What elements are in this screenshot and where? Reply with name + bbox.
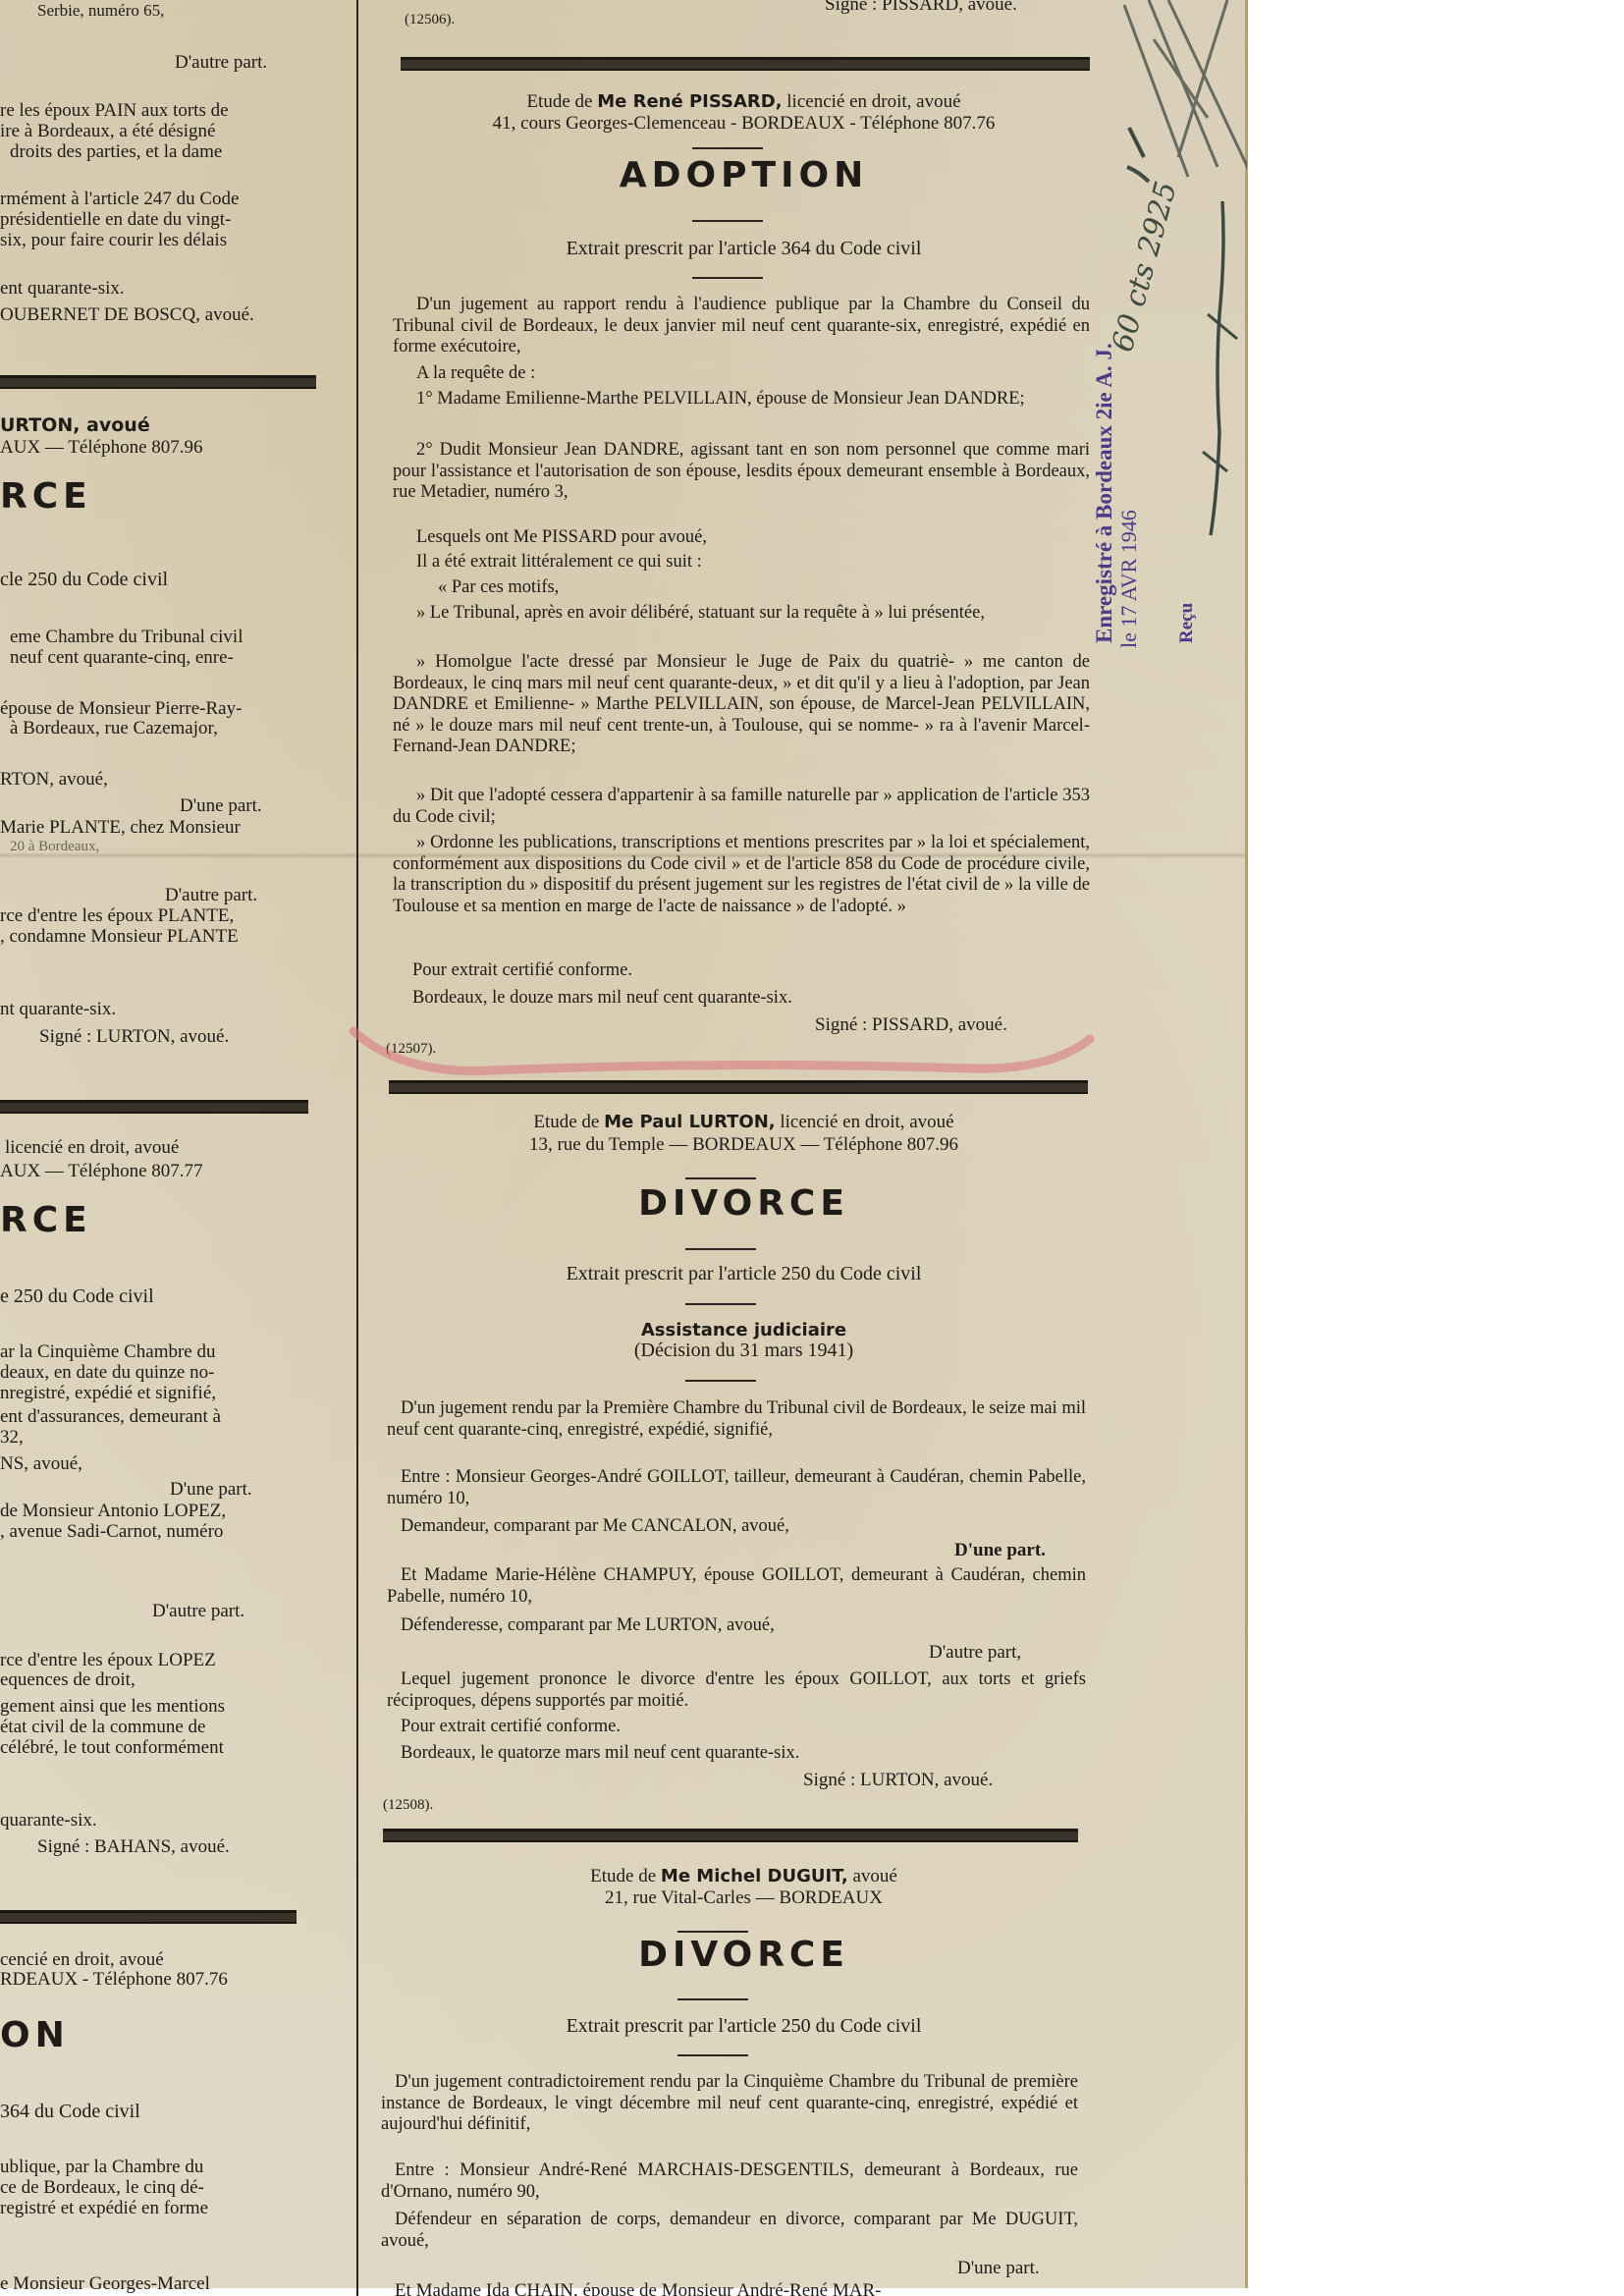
paragraph: Pour extrait certifié conforme. bbox=[387, 1717, 1086, 1738]
attorney-name: Me Michel DUGUIT, bbox=[661, 1866, 848, 1886]
short-rule bbox=[685, 1177, 756, 1179]
signature-line: Signé : LURTON, avoué. bbox=[803, 1770, 993, 1791]
attorney-name: Me René PISSARD, bbox=[597, 91, 782, 112]
section-separator bbox=[0, 1910, 297, 1924]
text-line: ent d'assurances, demeurant à bbox=[0, 1406, 221, 1428]
received-stamp: Reçu bbox=[1176, 603, 1198, 643]
text-line: à Bordeaux, rue Cazemajor, bbox=[10, 718, 218, 739]
text-line: nregistré, expédié et signifié, bbox=[0, 1383, 216, 1404]
text-line: rce d'entre les époux LOPEZ bbox=[0, 1650, 216, 1671]
section-title: DIVORCE bbox=[383, 1944, 1105, 1966]
text-line: présidentielle en date du vingt- bbox=[0, 209, 231, 231]
short-rule bbox=[692, 277, 763, 279]
paragraph: » Homolgue l'acte dressé par Monsieur le… bbox=[393, 652, 1090, 758]
section-subtitle: Extrait prescrit par l'article 250 du Co… bbox=[383, 2016, 1105, 2038]
etude-line: URTON, avoué bbox=[0, 415, 150, 437]
paragraph: Lesquels ont Me PISSARD pour avoué, bbox=[393, 527, 1090, 549]
paragraph: Défendeur en séparation de corps, demand… bbox=[381, 2210, 1078, 2252]
text-line: état civil de la commune de bbox=[0, 1717, 205, 1738]
paragraph: Entre : Monsieur Georges-André GOILLOT, … bbox=[387, 1467, 1086, 1509]
text-line: rmément à l'article 247 du Code bbox=[0, 189, 239, 210]
text-line: Marie PLANTE, chez Monsieur bbox=[0, 817, 241, 839]
text-line: célébré, le tout conformément bbox=[0, 1737, 224, 1759]
text-line: NS, avoué, bbox=[0, 1453, 82, 1475]
signature-line: Signé : LURTON, avoué. bbox=[39, 1026, 229, 1048]
text-line: registré et expédié en forme bbox=[0, 2198, 208, 2219]
section-subtitle: Extrait prescrit par l'article 364 du Co… bbox=[383, 239, 1105, 260]
text-line: neuf cent quarante-cinq, enre- bbox=[10, 647, 234, 669]
text-line: six, pour faire courir les délais bbox=[0, 230, 227, 251]
short-rule bbox=[685, 1248, 756, 1250]
text-line: Serbie, numéro 65, bbox=[37, 0, 164, 22]
section-separator bbox=[0, 375, 316, 389]
etude-address: 41, cours Georges-Clemenceau - BORDEAUX … bbox=[383, 113, 1105, 135]
paragraph: Demandeur, comparant par Me CANCALON, av… bbox=[387, 1516, 1086, 1538]
paragraph: Entre : Monsieur André-René MARCHAIS-DES… bbox=[381, 2160, 1078, 2203]
short-rule bbox=[677, 2054, 748, 2056]
short-rule bbox=[677, 1931, 748, 1933]
text-line: D'autre part, bbox=[929, 1642, 1021, 1664]
section-separator bbox=[383, 1829, 1078, 1842]
text-line: D'une part. bbox=[957, 2258, 1040, 2279]
text-line: ire à Bordeaux, a été désigné bbox=[0, 121, 215, 142]
attorney-name: Me Paul LURTON, bbox=[604, 1112, 775, 1132]
short-rule bbox=[692, 220, 763, 222]
paragraph: Bordeaux, le quatorze mars mil neuf cent… bbox=[387, 1743, 1086, 1765]
section-subtitle: 364 du Code civil bbox=[0, 2102, 140, 2123]
text-line: Et Madame Ida CHAIN, épouse de Monsieur … bbox=[395, 2280, 881, 2296]
etude-address: 13, rue du Temple — BORDEAUX — Téléphone… bbox=[383, 1134, 1105, 1156]
text-line: de Monsieur Antonio LOPEZ, bbox=[0, 1501, 226, 1522]
section-subtitle: e 250 du Code civil bbox=[0, 1286, 154, 1308]
text-line: D'autre part. bbox=[165, 885, 257, 906]
paragraph: » Le Tribunal, après en avoir délibéré, … bbox=[393, 603, 1090, 625]
section-title: RCE bbox=[0, 1210, 92, 1231]
text-line: , condamne Monsieur PLANTE bbox=[0, 926, 239, 948]
short-rule bbox=[677, 1998, 748, 2000]
paragraph: Bordeaux, le douze mars mil neuf cent qu… bbox=[393, 988, 1090, 1010]
paragraph: 2° Dudit Monsieur Jean DANDRE, agissant … bbox=[393, 440, 1090, 504]
paragraph: D'un jugement contradictoirement rendu p… bbox=[381, 2072, 1078, 2136]
text-line: 32, bbox=[0, 1427, 24, 1449]
column-divider bbox=[356, 0, 358, 2296]
paragraph: » Ordonne les publications, transcriptio… bbox=[393, 833, 1090, 917]
paragraph: Pour extrait certifié conforme. bbox=[393, 960, 1090, 982]
text-line: D'une part. bbox=[954, 1540, 1046, 1561]
paragraph: 1° Madame Emilienne-Marthe PELVILLAIN, é… bbox=[393, 389, 1090, 410]
short-rule bbox=[685, 1380, 756, 1382]
paragraph: A la requête de : bbox=[393, 363, 1090, 385]
etude-address: AUX — Téléphone 807.96 bbox=[0, 437, 203, 459]
text-line: D'autre part. bbox=[175, 52, 267, 74]
etude-header: Etude de Me Paul LURTON, licencié en dro… bbox=[383, 1112, 1105, 1133]
section-separator bbox=[389, 1080, 1088, 1094]
assistance-label: Assistance judiciaire bbox=[383, 1320, 1105, 1341]
text-line: ce de Bordeaux, le cinq dé- bbox=[0, 2177, 204, 2199]
paragraph: Il a été extrait littéralement ce qui su… bbox=[393, 552, 1090, 574]
text-line: e Monsieur Georges-Marcel bbox=[0, 2273, 210, 2295]
paragraph: Et Madame Marie-Hélène CHAMPUY, épouse G… bbox=[387, 1565, 1086, 1608]
etude-address: AUX — Téléphone 807.77 bbox=[0, 1161, 203, 1182]
section-subtitle: Extrait prescrit par l'article 250 du Co… bbox=[383, 1264, 1105, 1285]
text-line: épouse de Monsieur Pierre-Ray- bbox=[0, 698, 242, 720]
text-line: , avenue Sadi-Carnot, numéro bbox=[0, 1521, 223, 1543]
signature-line: OUBERNET DE BOSCQ, avoué. bbox=[0, 304, 254, 326]
reference-number: (12506). bbox=[405, 10, 455, 31]
etude-header: Etude de Me Michel DUGUIT, avoué bbox=[383, 1866, 1105, 1887]
text-line: ublique, par la Chambre du bbox=[0, 2157, 203, 2178]
text-line: gement ainsi que les mentions bbox=[0, 1696, 225, 1718]
text-line: quarante-six. bbox=[0, 1810, 97, 1831]
text-line: equences de droit, bbox=[0, 1669, 135, 1691]
section-subtitle: cle 250 du Code civil bbox=[0, 570, 168, 591]
paragraph: D'un jugement au rapport rendu à l'audie… bbox=[393, 295, 1090, 358]
text-line: nt quarante-six. bbox=[0, 999, 116, 1020]
text-line: deaux, en date du quinze no- bbox=[0, 1362, 214, 1384]
paragraph: » Dit que l'adopté cessera d'appartenir … bbox=[393, 786, 1090, 828]
etude-address: 21, rue Vital-Carles — BORDEAUX bbox=[383, 1887, 1105, 1909]
text-line: re les époux PAIN aux torts de bbox=[0, 100, 229, 122]
text-line: 20 à Bordeaux, bbox=[10, 837, 99, 858]
text-line: RTON, avoué, bbox=[0, 769, 108, 791]
etude-line: licencié en droit, avoué bbox=[5, 1137, 179, 1159]
etude-header: Etude de Me René PISSARD, licencié en dr… bbox=[383, 91, 1105, 113]
section-separator bbox=[401, 57, 1090, 71]
text-line: D'autre part. bbox=[152, 1601, 244, 1622]
signature-line: Signé : BAHANS, avoué. bbox=[37, 1836, 230, 1858]
handwritten-annotation: 60 cts 2925 bbox=[1110, 0, 1247, 550]
text-line: eme Chambre du Tribunal civil bbox=[10, 627, 243, 648]
section-title: ADOPTION bbox=[383, 165, 1105, 187]
text-line: rce d'entre les époux PLANTE, bbox=[0, 905, 234, 927]
paragraph: D'un jugement rendu par la Première Cham… bbox=[387, 1398, 1086, 1441]
paragraph: « Par ces motifs, bbox=[393, 577, 1090, 599]
handwritten-number: 60 cts 2925 bbox=[1110, 178, 1184, 355]
paragraph: Défenderesse, comparant par Me LURTON, a… bbox=[387, 1615, 1086, 1637]
paragraph: Lequel jugement prononce le divorce d'en… bbox=[387, 1669, 1086, 1712]
decision-date: (Décision du 31 mars 1941) bbox=[383, 1340, 1105, 1362]
signature-line: Signé : PISSARD, avoué. bbox=[825, 0, 1017, 16]
reference-number: (12508). bbox=[383, 1795, 433, 1817]
etude-line: cencié en droit, avoué bbox=[0, 1949, 164, 1971]
short-rule bbox=[692, 147, 763, 149]
section-title: ON bbox=[0, 2025, 70, 2047]
section-separator bbox=[0, 1100, 308, 1114]
text-line: D'une part. bbox=[180, 795, 262, 817]
text-line: ar la Cinquième Chambre du bbox=[0, 1341, 216, 1363]
text-line: ent quarante-six. bbox=[0, 278, 125, 300]
section-title: RCE bbox=[0, 486, 92, 508]
section-title: DIVORCE bbox=[383, 1193, 1105, 1215]
etude-address: RDEAUX - Téléphone 807.76 bbox=[0, 1969, 228, 1991]
text-line: droits des parties, et la dame bbox=[10, 141, 222, 163]
short-rule bbox=[685, 1303, 756, 1305]
text-line: D'une part. bbox=[170, 1479, 252, 1501]
